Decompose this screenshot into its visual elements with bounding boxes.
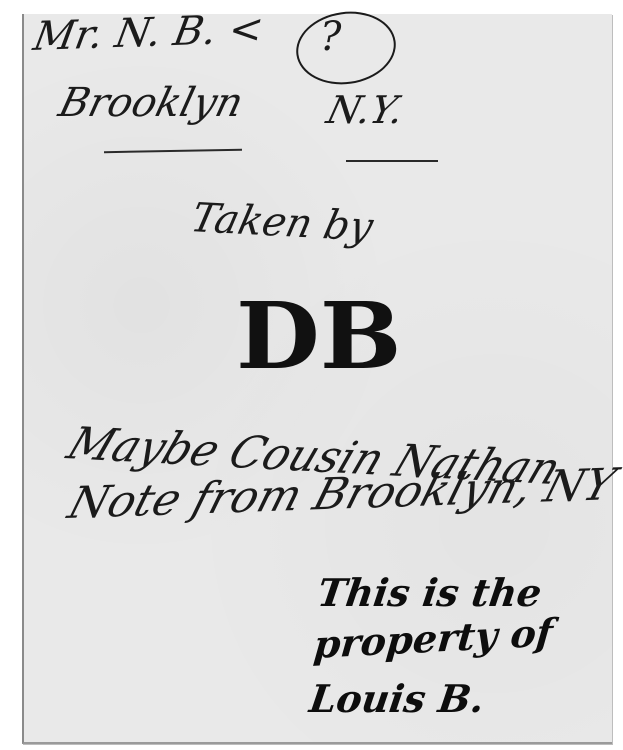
underline-state [346, 160, 438, 162]
addressee-text: Mr. N. B. < [30, 6, 267, 60]
property-line-3: Louis B. [307, 676, 487, 721]
taken-by-text: Taken by [187, 195, 378, 250]
state-text: N.Y. [323, 88, 409, 132]
monogram: DB [236, 282, 401, 390]
city-text: Brooklyn [54, 80, 248, 126]
question-mark: ? [320, 14, 341, 60]
property-line-1: This is the [315, 570, 545, 615]
